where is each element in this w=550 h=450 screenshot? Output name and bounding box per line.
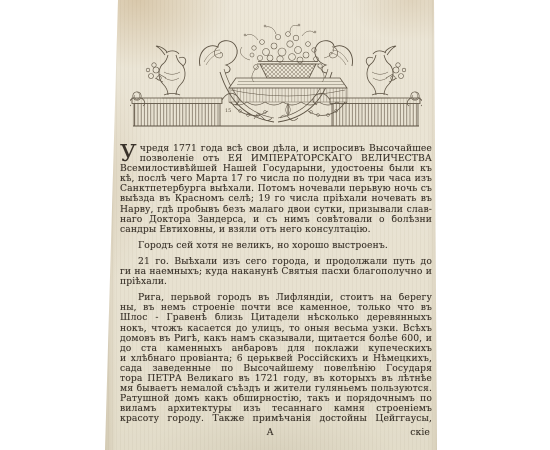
text-line: кѣ, послѣ чего Марта 17 го числа по полу… — [120, 174, 432, 184]
text-line: Рига, перьвой городъ въ Лифляндіи, стоит… — [120, 293, 432, 303]
text-line: Шлос - Гравенѣ близь Цитадели нѣсколько … — [120, 313, 432, 323]
text-line: позволеніе отъ ЕЯ ИМПЕРАТОРСКАГО ВЕЛИЧЕС… — [140, 154, 432, 164]
text-line: виламъ архитектуры изъ тесаннаго камня с… — [120, 404, 432, 414]
paragraph: 21 го. Выѣхали изъ сего города, и продол… — [120, 257, 432, 287]
book-page-scan: 15 Учредя 1771 года всѣ свои дѣла, и исп… — [104, 0, 438, 450]
text-line: красоту городу. Также примѣчанія достойн… — [120, 414, 432, 424]
signature-mark: А — [267, 427, 274, 438]
text-line: ны, въ немъ строеніе почти все каменное,… — [120, 303, 432, 313]
text-block: Учредя 1771 года всѣ свои дѣла, и испрос… — [120, 144, 432, 438]
text-line: чредя 1771 года всѣ свои дѣла, и испроси… — [140, 144, 432, 154]
screenshot-canvas: 15 Учредя 1771 года всѣ свои дѣла, и исп… — [0, 0, 550, 450]
text-line: сандры Евтиховны, и взяли отъ него консу… — [120, 225, 432, 235]
text-line: и хлѣбнаго провіанта; 6 церьквей Россійс… — [120, 354, 432, 364]
paragraph: Городъ сей хотя не великъ, но хорошо выс… — [120, 241, 432, 251]
headpiece-engraving: 15 — [130, 22, 422, 135]
text-line: Ратушной домъ какъ обширностію, такъ и п… — [120, 394, 432, 404]
footer-line: А скіе — [120, 427, 432, 438]
flower-basket — [240, 24, 333, 82]
paragraph: Рига, перьвой городъ въ Лифляндіи, стоит… — [120, 293, 432, 424]
text-line: наго Доктора Зандерса, и съ нимъ совѣтов… — [120, 215, 432, 225]
text-line: Городъ сей хотя не великъ, но хорошо выс… — [120, 241, 432, 251]
catchword: скіе — [410, 427, 430, 438]
text-line: мя бываетъ немалой съѣздъ и жители гулян… — [120, 384, 432, 394]
left-scroll-crest — [199, 41, 237, 73]
right-flower-urn — [366, 46, 406, 98]
left-pedestal — [132, 98, 222, 126]
draped-table — [229, 78, 347, 116]
drop-cap: У — [120, 144, 140, 164]
text-line: Санктпетербурга выѣхали. Потомъ ночевали… — [120, 184, 432, 194]
text-line: Нарву, гдѣ пробывъ безъ малаго двои сутк… — [120, 205, 432, 215]
rococo-headpiece-vignette: 15 — [130, 22, 422, 135]
text-line: Всемилостивѣйшей Нашей Государыни, удост… — [120, 164, 432, 174]
left-flower-urn — [146, 46, 186, 98]
text-line: 21 го. Выѣхали изъ сего города, и продол… — [120, 257, 432, 267]
text-line: ги на наемныхъ; куда наканунѣ Святыя пас… — [120, 267, 432, 277]
paragraph: Учредя 1771 года всѣ свои дѣла, и испрос… — [120, 144, 432, 235]
text-line: пріѣхали. — [120, 277, 432, 287]
text-line: тора ПЕТРА Великаго въ 1721 году, въ кот… — [120, 374, 432, 384]
text-line: до ста каменныхъ анбаровъ для поклажи ку… — [120, 344, 432, 354]
text-line: нокъ, чтожъ касается до улицъ, то оныя в… — [120, 324, 432, 334]
plate-mark: 15 — [225, 108, 231, 114]
text-line: выѣзда въ Красномъ селѣ; 19 го числа прі… — [120, 194, 432, 204]
text-line: сада заведенные по Высочайшему повелѣнію… — [120, 364, 432, 374]
text-line: домовъ въ Ригѣ, какъ намъ сказывали, щит… — [120, 334, 432, 344]
